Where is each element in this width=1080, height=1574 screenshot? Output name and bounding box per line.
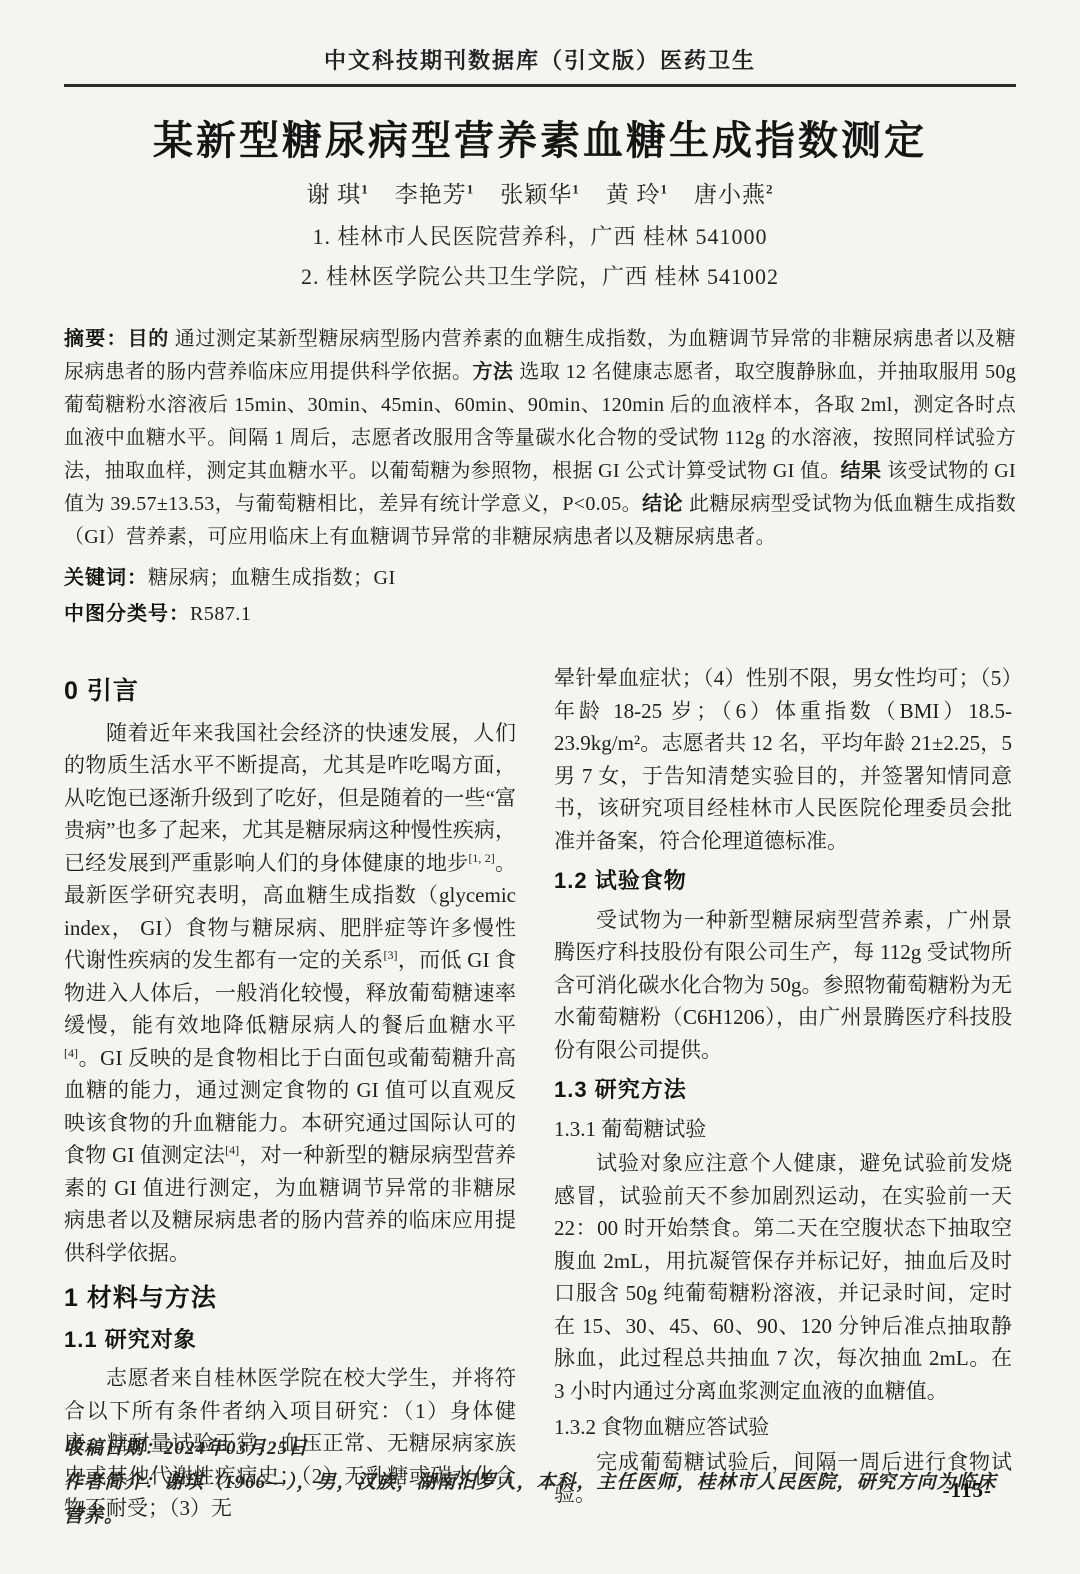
left-column: 0 引言随着近年来我国社会经济的快速发展，人们的物质生活水平不断提高，尤其是咋吃… xyxy=(64,662,516,1525)
citation-superscript: [3] xyxy=(384,948,398,962)
paragraph: 试验对象应注意个人健康，避免试验前发烧感冒，试验前天不参加剧烈运动，在实验前一天… xyxy=(554,1147,1012,1407)
text-segment: 受试物为一种新型糖尿病型营养素，广州景腾医疗科技股份有限公司生产，每 112g … xyxy=(554,908,1012,1062)
keywords-line: 关键词：糖尿病；血糖生成指数；GI xyxy=(64,560,1016,596)
clc-label: 中图分类号： xyxy=(64,603,190,625)
footer: 收稿日期：2024年03月25日 作者简介：谢琪（1966—），男，汉族，湖南汨… xyxy=(64,1432,1016,1534)
clc-line: 中图分类号：R587.1 xyxy=(64,596,1016,632)
bold-segment: 目的 xyxy=(128,328,175,350)
citation-superscript: [4] xyxy=(225,1143,239,1157)
author-name: 李艳芳1 xyxy=(395,182,475,207)
paper-page: 中文科技期刊数据库（引文版）医药卫生 某新型糖尿病型营养素血糖生成指数测定 谢 … xyxy=(0,0,1080,1525)
bio-label: 作者简介： xyxy=(64,1472,164,1493)
section-heading: 0 引言 xyxy=(64,675,516,708)
author-bio-line: 作者简介：谢琪（1966—），男，汉族，湖南汨罗人，本科，主任医师，桂林市人民医… xyxy=(64,1466,1016,1534)
keywords-text: 糖尿病；血糖生成指数；GI xyxy=(148,567,396,589)
bold-segment: 结果 xyxy=(841,460,888,482)
author-affiliation-superscript: 2 xyxy=(766,181,774,196)
affiliation-list: 1. 桂林市人民医院营养科，广西 桂林 5410002. 桂林医学院公共卫生学院… xyxy=(64,217,1016,297)
received-date: 2024年03月25日 xyxy=(164,1438,308,1459)
section-heading: 1.1 研究对象 xyxy=(64,1324,516,1357)
received-date-line: 收稿日期：2024年03月25日 xyxy=(64,1432,1016,1466)
author-affiliation-superscript: 1 xyxy=(661,181,669,196)
bold-segment: 结论 xyxy=(642,493,689,515)
citation-superscript: [1, 2] xyxy=(468,851,494,865)
section-heading: 1.3.1 葡萄糖试验 xyxy=(554,1113,1012,1146)
text-segment: 试验对象应注意个人健康，避免试验前发烧感冒，试验前天不参加剧烈运动，在实验前一天… xyxy=(554,1151,1012,1403)
affiliation-line: 2. 桂林医学院公共卫生学院，广西 桂林 541002 xyxy=(64,257,1016,297)
abstract-label: 摘要： xyxy=(64,328,128,350)
affiliation-line: 1. 桂林市人民医院营养科，广西 桂林 541000 xyxy=(64,217,1016,257)
author-name: 黄 玲1 xyxy=(606,182,668,207)
author-affiliation-superscript: 1 xyxy=(572,181,580,196)
text-segment: 随着近年来我国社会经济的快速发展，人们的物质生活水平不断提高，尤其是咋吃喝方面，… xyxy=(64,721,516,875)
author-affiliation-superscript: 1 xyxy=(467,181,475,196)
clc-text: R587.1 xyxy=(190,603,251,625)
received-label: 收稿日期： xyxy=(64,1438,164,1459)
abstract: 摘要：目的 通过测定某新型糖尿病型肠内营养素的血糖生成指数，为血糖调节异常的非糖… xyxy=(64,323,1016,554)
right-column: 晕针晕血症状；（4）性别不限，男女性均可；（5）年龄 18-25 岁；（6）体重… xyxy=(554,662,1012,1525)
bio-text: 谢琪（1966—），男，汉族，湖南汨罗人，本科，主任医师，桂林市人民医院，研究方… xyxy=(64,1472,997,1527)
abstract-text: 目的 通过测定某新型糖尿病型肠内营养素的血糖生成指数，为血糖调节异常的非糖尿病患… xyxy=(64,328,1016,548)
paragraph: 晕针晕血症状；（4）性别不限，男女性均可；（5）年龄 18-25 岁；（6）体重… xyxy=(554,662,1012,857)
section-heading: 1.3 研究方法 xyxy=(554,1074,1012,1107)
section-heading: 1.2 试验食物 xyxy=(554,865,1012,898)
citation-superscript: [4] xyxy=(64,1046,78,1060)
page-number: -115- xyxy=(943,1478,992,1503)
author-list: 谢 琪1李艳芳1张颖华1黄 玲1唐小燕2 xyxy=(64,176,1016,209)
author-name: 张颖华1 xyxy=(500,182,580,207)
bold-segment: 方法 xyxy=(472,361,519,383)
author-name: 唐小燕2 xyxy=(694,182,774,207)
text-segment: 晕针晕血症状；（4）性别不限，男女性均可；（5）年龄 18-25 岁；（6）体重… xyxy=(554,666,1012,853)
section-heading: 1 材料与方法 xyxy=(64,1282,516,1315)
keywords-label: 关键词： xyxy=(64,567,148,589)
two-column-body: 0 引言随着近年来我国社会经济的快速发展，人们的物质生活水平不断提高，尤其是咋吃… xyxy=(64,662,1016,1525)
paragraph: 随着近年来我国社会经济的快速发展，人们的物质生活水平不断提高，尤其是咋吃喝方面，… xyxy=(64,717,516,1270)
page-title: 某新型糖尿病型营养素血糖生成指数测定 xyxy=(64,109,1016,166)
header-rule xyxy=(64,84,1016,87)
author-name: 谢 琪1 xyxy=(307,182,369,207)
paragraph: 受试物为一种新型糖尿病型营养素，广州景腾医疗科技股份有限公司生产，每 112g … xyxy=(554,904,1012,1067)
journal-header: 中文科技期刊数据库（引文版）医药卫生 xyxy=(64,44,1016,75)
author-affiliation-superscript: 1 xyxy=(361,181,369,196)
